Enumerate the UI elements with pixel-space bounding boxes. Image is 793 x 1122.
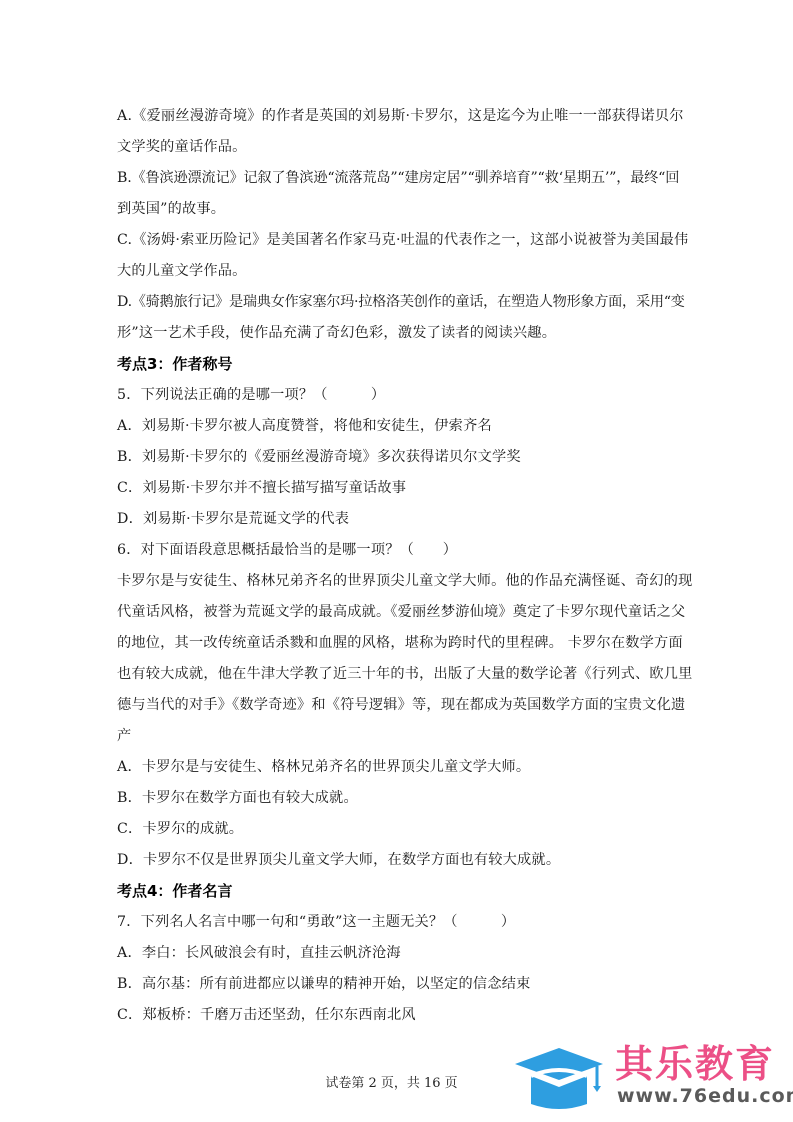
option-line: B.《鲁滨逊漂流记》记叙了鲁滨逊“流落荒岛”“建房定居”“驯养培育”“救‘星期五… [117,163,679,194]
option-line: 到英国”的故事。 [117,194,679,225]
option-c: C．刘易斯·卡罗尔并不擅长描写描写童话故事 [117,473,679,504]
passage-line: 产 [117,721,679,752]
option-c: C．卡罗尔的成就。 [117,814,679,845]
question-stem: 6．对下面语段意思概括最恰当的是哪一项？（ ） [117,535,679,566]
question-7: 7．下列名人名言中哪一句和“勇敢”这一主题无关？（ ） A．李白：长风破浪会有时… [117,907,679,1031]
option-a: A．刘易斯·卡罗尔被人高度赞誉，将他和安徒生，伊索齐名 [117,411,679,442]
question-5: 5．下列说法正确的是哪一项？（ ） A．刘易斯·卡罗尔被人高度赞誉，将他和安徒生… [117,380,679,535]
passage-line: 的地位，其一改传统童话杀戮和血腥的风格，堪称为跨时代的里程碑。 卡罗尔在数学方面 [117,628,679,659]
option-b: B．卡罗尔在数学方面也有较大成就。 [117,783,679,814]
passage-line: 卡罗尔是与安徒生、格林兄弟齐名的世界顶尖儿童文学大师。他的作品充满怪诞、奇幻的现 [117,566,679,597]
section-heading-4: 考点4：作者名言 [117,876,679,907]
q4-option-c: C.《汤姆·索亚历险记》是美国著名作家马克·吐温的代表作之一，这部小说被誉为美国… [117,225,679,287]
passage-line: 也有较大成就，他在牛津大学教了近三十年的书，出版了大量的数学论著《行列式、欧几里 [117,659,679,690]
passage-line: 代童话风格，被誉为荒诞文学的最高成就。《爱丽丝梦游仙境》奠定了卡罗尔现代童话之父 [117,597,679,628]
option-a: A．卡罗尔是与安徒生、格林兄弟齐名的世界顶尖儿童文学大师。 [117,752,679,783]
watermark-logo: 其乐教育 www.76edu.com [511,1040,793,1110]
option-line: 大的儿童文学作品。 [117,256,679,287]
option-line: A.《爱丽丝漫游奇境》的作者是英国的刘易斯·卡罗尔，这是迄今为止唯一一部获得诺贝… [117,101,679,132]
section-heading-3: 考点3：作者称号 [117,349,679,380]
exam-page-content: A.《爱丽丝漫游奇境》的作者是英国的刘易斯·卡罗尔，这是迄今为止唯一一部获得诺贝… [117,101,679,1031]
option-a: A．李白：长风破浪会有时，直挂云帆济沧海 [117,938,679,969]
brand-url: www.76edu.com [617,1086,793,1106]
question-6: 6．对下面语段意思概括最恰当的是哪一项？（ ） 卡罗尔是与安徒生、格林兄弟齐名的… [117,535,679,876]
q4-option-b: B.《鲁滨逊漂流记》记叙了鲁滨逊“流落荒岛”“建房定居”“驯养培育”“救‘星期五… [117,163,679,225]
page-number-label: 试卷第 2 页，共 16 页 [325,1076,457,1091]
option-b: B．高尔基：所有前进都应以谦卑的精神开始，以坚定的信念结束 [117,969,679,1000]
passage-line: 德与当代的对手》《数学奇迹》和《符号逻辑》等，现在都成为英国数学方面的宝贵文化遗 [117,690,679,721]
option-b: B．刘易斯·卡罗尔的《爱丽丝漫游奇境》多次获得诺贝尔文学奖 [117,442,679,473]
graduation-cap-icon [511,1042,611,1112]
option-c: C．郑板桥：千磨万击还坚劲，任尔东西南北风 [117,1000,679,1031]
q4-option-d: D.《骑鹅旅行记》是瑞典女作家塞尔玛·拉格洛芙创作的童话，在塑造人物形象方面，采… [117,287,679,349]
option-d: D．刘易斯·卡罗尔是荒诞文学的代表 [117,504,679,535]
reading-passage: 卡罗尔是与安徒生、格林兄弟齐名的世界顶尖儿童文学大师。他的作品充满怪诞、奇幻的现… [117,566,679,752]
question-stem: 7．下列名人名言中哪一句和“勇敢”这一主题无关？（ ） [117,907,679,938]
option-d: D．卡罗尔不仅是世界顶尖儿童文学大师，在数学方面也有较大成就。 [117,845,679,876]
option-line: C.《汤姆·索亚历险记》是美国著名作家马克·吐温的代表作之一，这部小说被誉为美国… [117,225,679,256]
option-line: 形”这一艺术手段，使作品充满了奇幻色彩，激发了读者的阅读兴趣。 [117,318,679,349]
q4-option-a: A.《爱丽丝漫游奇境》的作者是英国的刘易斯·卡罗尔，这是迄今为止唯一一部获得诺贝… [117,101,679,163]
option-line: 文学奖的童话作品。 [117,132,679,163]
brand-name: 其乐教育 [615,1044,775,1084]
option-line: D.《骑鹅旅行记》是瑞典女作家塞尔玛·拉格洛芙创作的童话，在塑造人物形象方面，采… [117,287,679,318]
question-stem: 5．下列说法正确的是哪一项？（ ） [117,380,679,411]
